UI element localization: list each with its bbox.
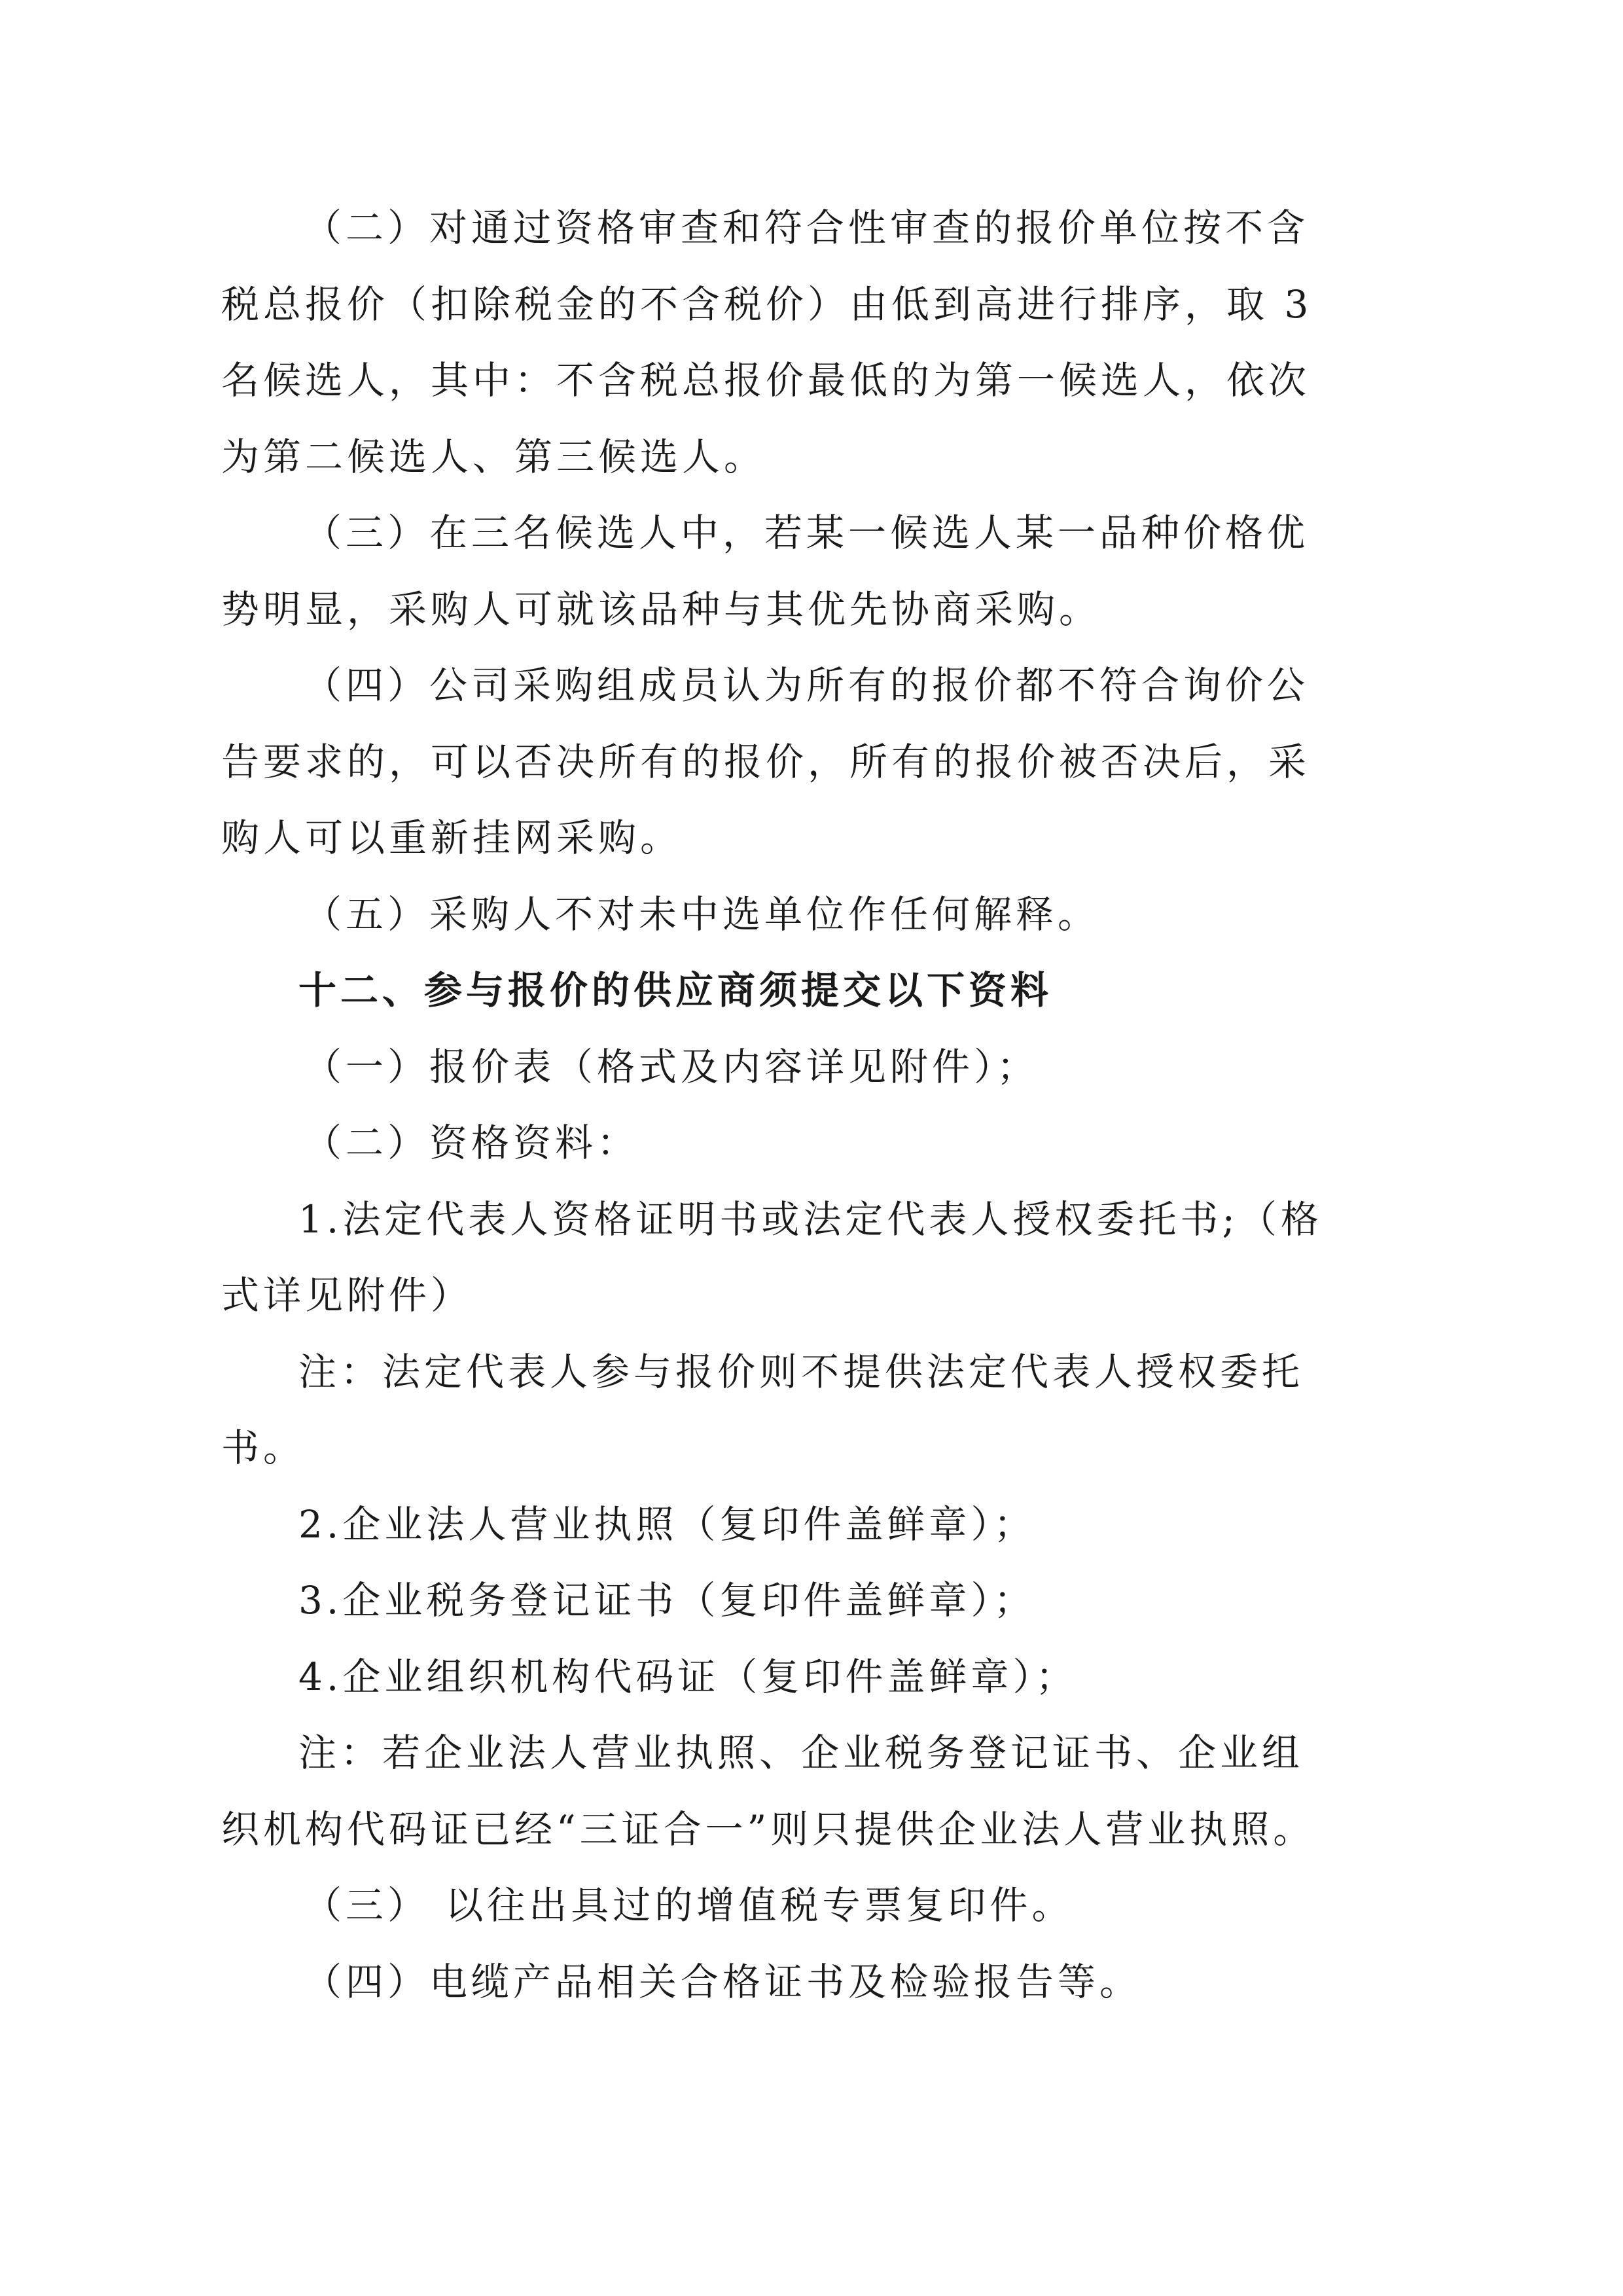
- document-page: （二）对通过资格审查和符合性审查的报价单位按不含 税总报价（扣除税金的不含税价）…: [221, 190, 1363, 2020]
- item-quote-form: （一）报价表（格式及内容详见附件）；: [221, 1029, 1363, 1105]
- item-qualification: （二）资格资料：: [221, 1105, 1363, 1181]
- text-line: 书。: [221, 1410, 1363, 1486]
- text-line: 注：法定代表人参与报价则不提供法定代表人授权委托: [221, 1334, 1363, 1410]
- text-line: 势明显，采购人可就该品种与其优先协商采购。: [221, 571, 1363, 648]
- section-heading-12: 十二、参与报价的供应商须提交以下资料: [221, 952, 1363, 1029]
- note-legal-rep: 注：法定代表人参与报价则不提供法定代表人授权委托 书。: [221, 1334, 1363, 1486]
- text-line: （四）公司采购组成员认为所有的报价都不符合询价公: [221, 647, 1363, 724]
- text-line: （三）在三名候选人中，若某一候选人某一品种价格优: [221, 495, 1363, 571]
- text-line: 2.企业法人营业执照（复印件盖鲜章）；: [221, 1486, 1363, 1563]
- paragraph-reject-all: （四）公司采购组成员认为所有的报价都不符合询价公 告要求的，可以否决所有的报价，…: [221, 647, 1363, 876]
- text-line: 名候选人，其中：不含税总报价最低的为第一候选人，依次: [221, 342, 1363, 419]
- item-business-license: 2.企业法人营业执照（复印件盖鲜章）；: [221, 1486, 1363, 1563]
- note-three-in-one: 注：若企业法人营业执照、企业税务登记证书、企业组 织机构代码证已经“三证合一”则…: [221, 1715, 1363, 1867]
- text-line: 税总报价（扣除税金的不含税价）由低到高进行排序，取 3: [221, 266, 1363, 343]
- text-line: 购人可以重新挂网采购。: [221, 800, 1363, 876]
- text-line: （一）报价表（格式及内容详见附件）；: [221, 1029, 1363, 1105]
- text-line: 1.法定代表人资格证明书或法定代表人授权委托书;（格: [221, 1181, 1363, 1258]
- item-org-code: 4.企业组织机构代码证（复印件盖鲜章）；: [221, 1639, 1363, 1715]
- text-line: 4.企业组织机构代码证（复印件盖鲜章）；: [221, 1639, 1363, 1715]
- item-vat-invoice: （三） 以往出具过的增值税专票复印件。: [221, 1867, 1363, 1944]
- text-line: 注：若企业法人营业执照、企业税务登记证书、企业组: [221, 1715, 1363, 1791]
- text-line: （五）采购人不对未中选单位作任何解释。: [221, 876, 1363, 953]
- section-heading: 十二、参与报价的供应商须提交以下资料: [221, 952, 1363, 1029]
- item-tax-registration: 3.企业税务登记证书（复印件盖鲜章）；: [221, 1562, 1363, 1639]
- text-line: 织机构代码证已经“三证合一”则只提供企业法人营业执照。: [221, 1791, 1363, 1868]
- text-line: 式详见附件）: [221, 1257, 1363, 1334]
- text-line: 为第二候选人、第三候选人。: [221, 419, 1363, 495]
- text-line: 3.企业税务登记证书（复印件盖鲜章）；: [221, 1562, 1363, 1639]
- item-legal-rep: 1.法定代表人资格证明书或法定代表人授权委托书;（格 式详见附件）: [221, 1181, 1363, 1334]
- text-line: （二）对通过资格审查和符合性审查的报价单位按不含: [221, 190, 1363, 266]
- paragraph-candidate-ranking: （二）对通过资格审查和符合性审查的报价单位按不含 税总报价（扣除税金的不含税价）…: [221, 190, 1363, 495]
- item-cable-certificates: （四）电缆产品相关合格证书及检验报告等。: [221, 1944, 1363, 2020]
- paragraph-price-advantage: （三）在三名候选人中，若某一候选人某一品种价格优 势明显，采购人可就该品种与其优…: [221, 495, 1363, 647]
- text-line: （二）资格资料：: [221, 1105, 1363, 1181]
- text-line: 告要求的，可以否决所有的报价，所有的报价被否决后，采: [221, 724, 1363, 800]
- paragraph-no-explanation: （五）采购人不对未中选单位作任何解释。: [221, 876, 1363, 953]
- text-line: （三） 以往出具过的增值税专票复印件。: [221, 1867, 1363, 1944]
- text-line: （四）电缆产品相关合格证书及检验报告等。: [221, 1944, 1363, 2020]
